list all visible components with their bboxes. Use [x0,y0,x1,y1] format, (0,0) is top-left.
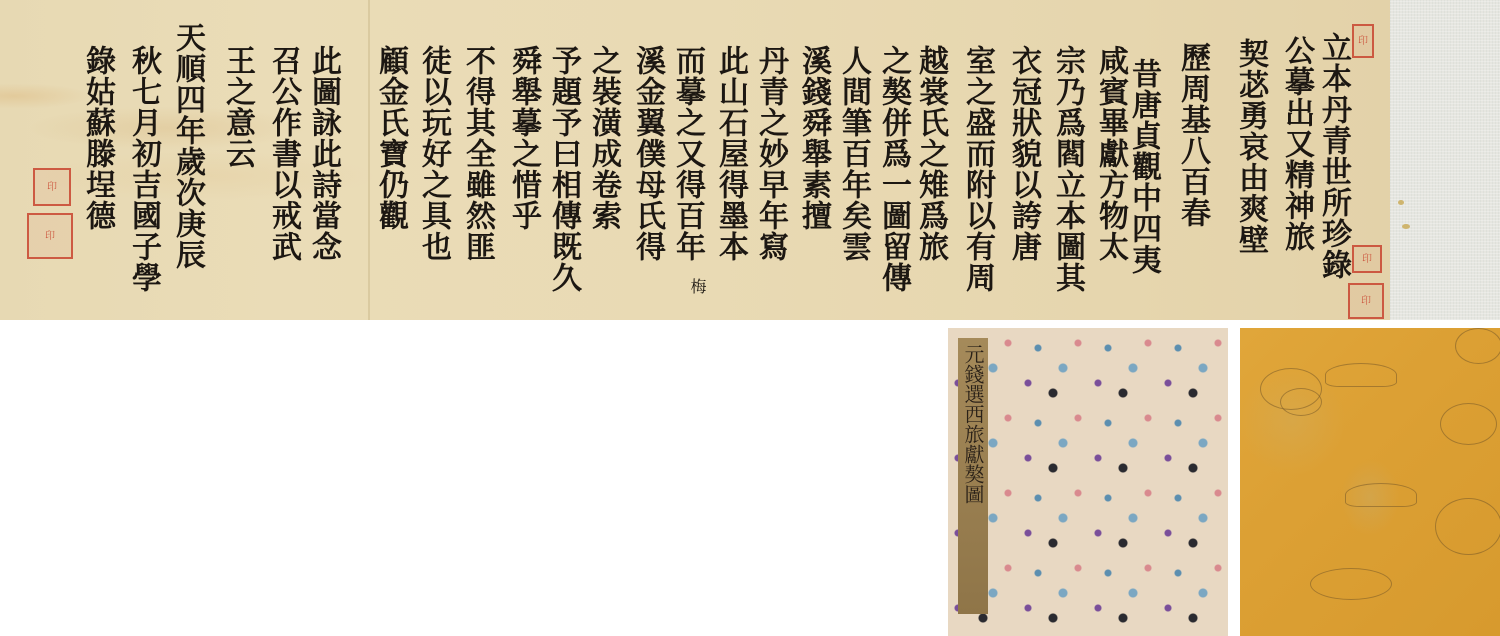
calligraphy-column: 而摹之又得百年 [670,45,704,262]
cloud-motif [1435,498,1500,555]
calligraphy-column: 王之意云 [220,45,254,169]
cover-title: 元錢選西旅獻獒圖 [961,344,985,504]
calligraphy-column: 之裝潢成卷索 [586,45,620,231]
red-seal-stamp: 印 [27,213,73,259]
red-seal-stamp: 印 [1352,245,1382,273]
cloud-motif [1455,328,1500,364]
calligraphy-column: 之獒併爲一圖留傳 [876,45,910,293]
calligraphy-column: 不得其全雖然匪 [460,45,494,262]
calligraphy-column: 溪錢舜舉素擅 [796,45,830,231]
calligraphy-column: 舜舉摹之惜乎 [506,45,540,231]
calligraphy-column: 丹青之妙早年寫 [753,45,787,262]
calligraphy-column: 顧金氏寶仍觀 [373,45,407,231]
cover-title-label: 元錢選西旅獻獒圖 [958,338,988,614]
cloud-motif [1440,403,1497,445]
calligraphy-column: 立本丹青世所珍錄 [1316,32,1350,280]
calligraphy-column: 契苾勇哀由爽壁 [1233,38,1267,255]
calligraphy-column: 衣冠狀貌以誇唐 [1006,45,1040,262]
calligraphy-column: 此山石屋得墨本 [713,45,747,262]
calligraphy-column: 室之盛而附以有周 [960,45,994,293]
silk-mount-edge [1390,0,1500,320]
calligraphy-column: 天順四年歲次庚辰 [170,22,204,270]
calligraphy-column: 公摹出又精神旅 [1279,35,1313,252]
bat-motif [1345,483,1417,507]
brocade-cover: 元錢選西旅獻獒圖 [948,328,1228,636]
calligraphy-column: 召公作書以戒武 [266,45,300,262]
bat-motif [1325,363,1397,387]
calligraphy-column: 昔唐貞觀中四夷 [1126,58,1160,275]
paper-seam [368,0,370,320]
calligraphy-column: 宗乃爲閻立本圖其 [1050,45,1084,293]
calligraphy-column: 予題予曰相傳既久 [546,45,580,293]
cloud-motif [1310,568,1392,600]
stain [1402,224,1410,229]
red-seal-stamp: 印 [1348,283,1384,319]
calligraphy-column: 錄姑蘇滕埕德 [80,45,114,231]
calligraphy-column: 秋七月初吉國子學 [126,45,160,293]
calligraphy-column: 歷周基八百春 [1175,42,1209,228]
annotation-character: 梅 [680,278,714,295]
calligraphy-column: 徒以玩好之具也 [416,45,450,262]
calligraphy-scroll: 立本丹青世所珍錄公摹出又精神旅契苾勇哀由爽壁歷周基八百春昔唐貞觀中四夷咸賓畢獻方… [0,0,1390,320]
calligraphy-column: 越裳氏之雉爲旅 [913,45,947,262]
stain [1398,200,1404,205]
calligraphy-column: 咸賓畢獻方物太 [1093,45,1127,262]
calligraphy-column: 溪金翼僕母氏得 [630,45,664,262]
red-seal-stamp: 印 [33,168,71,206]
calligraphy-column: 人間筆百年矣雲 [836,45,870,262]
red-seal-stamp: 印 [1352,24,1374,58]
cloud-motif [1280,388,1322,416]
calligraphy-column: 此圖詠此詩當念 [306,45,340,262]
yellow-silk-panel [1240,328,1500,636]
